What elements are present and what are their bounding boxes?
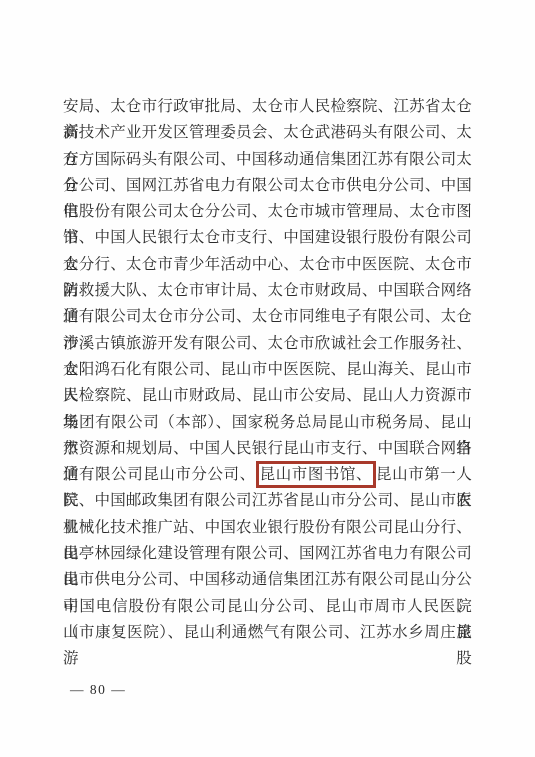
text-line-with-highlight: 信有限公司昆山市分公司、昆山市图书馆、昆山市第一人民医 [63, 462, 472, 488]
document-page: 安局、太仓市行政审批局、太仓市人民检察院、江苏省太仓高 新技术产业开发区管理委员… [0, 0, 535, 757]
text-line: 信有限公司太仓市分公司、太仓市同维电子有限公司、太仓市 [63, 304, 472, 330]
page-number: — 80 — [70, 682, 126, 698]
highlight-box[interactable]: 昆山市图书馆、 [256, 461, 376, 488]
text-line: 分公司、国网江苏省电力有限公司太仓市供电分公司、中国电 [63, 173, 472, 199]
text-line: 然资源和规划局、中国人民银行昆山市支行、中国联合网络通 [63, 436, 472, 462]
text-line: 中国电信股份有限公司昆山分公司、昆山市周市人民医院（昆 [63, 594, 472, 620]
text-line: 信股份有限公司太仓分公司、太仓市城市管理局、太仓市图书 [63, 199, 472, 225]
text-line: 万方国际码头有限公司、中国移动通信集团江苏有限公司太仓 [63, 147, 472, 173]
text-line: 防救援大队、太仓市审计局、太仓市财政局、中国联合网络通 [63, 278, 472, 304]
text-block: 安局、太仓市行政审批局、太仓市人民检察院、江苏省太仓高 新技术产业开发区管理委员… [63, 94, 472, 646]
text-line: 山亭林园绿化建设管理有限公司、国网江苏省电力有限公司昆 [63, 541, 472, 567]
highlighted-text: 昆山市图书馆、 [260, 466, 372, 483]
text-line: 民检察院、昆山市财政局、昆山市公安局、昆山人力资源市场 [63, 383, 472, 409]
text-segment-before-highlight: 信有限公司昆山市分公司、 [63, 466, 256, 483]
text-line: 安局、太仓市行政审批局、太仓市人民检察院、江苏省太仓高 [63, 94, 472, 120]
text-line: 机械化技术推广站、中国农业银行股份有限公司昆山分行、昆 [63, 515, 472, 541]
text-line: 山市供电分公司、中国移动通信集团江苏有限公司昆山分公司、 [63, 567, 472, 593]
text-line: 馆、中国人民银行太仓市支行、中国建设银行股份有限公司太 [63, 225, 472, 251]
text-line: 仓分行、太仓市青少年活动中心、太仓市中医医院、太仓市消 [63, 252, 472, 278]
text-line: 山市康复医院）、昆山利通燃气有限公司、江苏水乡周庄旅游股 [63, 620, 472, 646]
text-line: 新技术产业开发区管理委员会、太仓武港码头有限公司、太仓 [63, 120, 472, 146]
text-line: 仓阳鸿石化有限公司、昆山市中医医院、昆山海关、昆山市人 [63, 357, 472, 383]
text-line: 院、中国邮政集团有限公司江苏省昆山市分公司、昆山市农业 [63, 488, 472, 514]
text-line: 集团有限公司（本部）、国家税务总局昆山市税务局、昆山市自 [63, 410, 472, 436]
text-line: 沙溪古镇旅游开发有限公司、太仓市欣诚社会工作服务社、太 [63, 331, 472, 357]
